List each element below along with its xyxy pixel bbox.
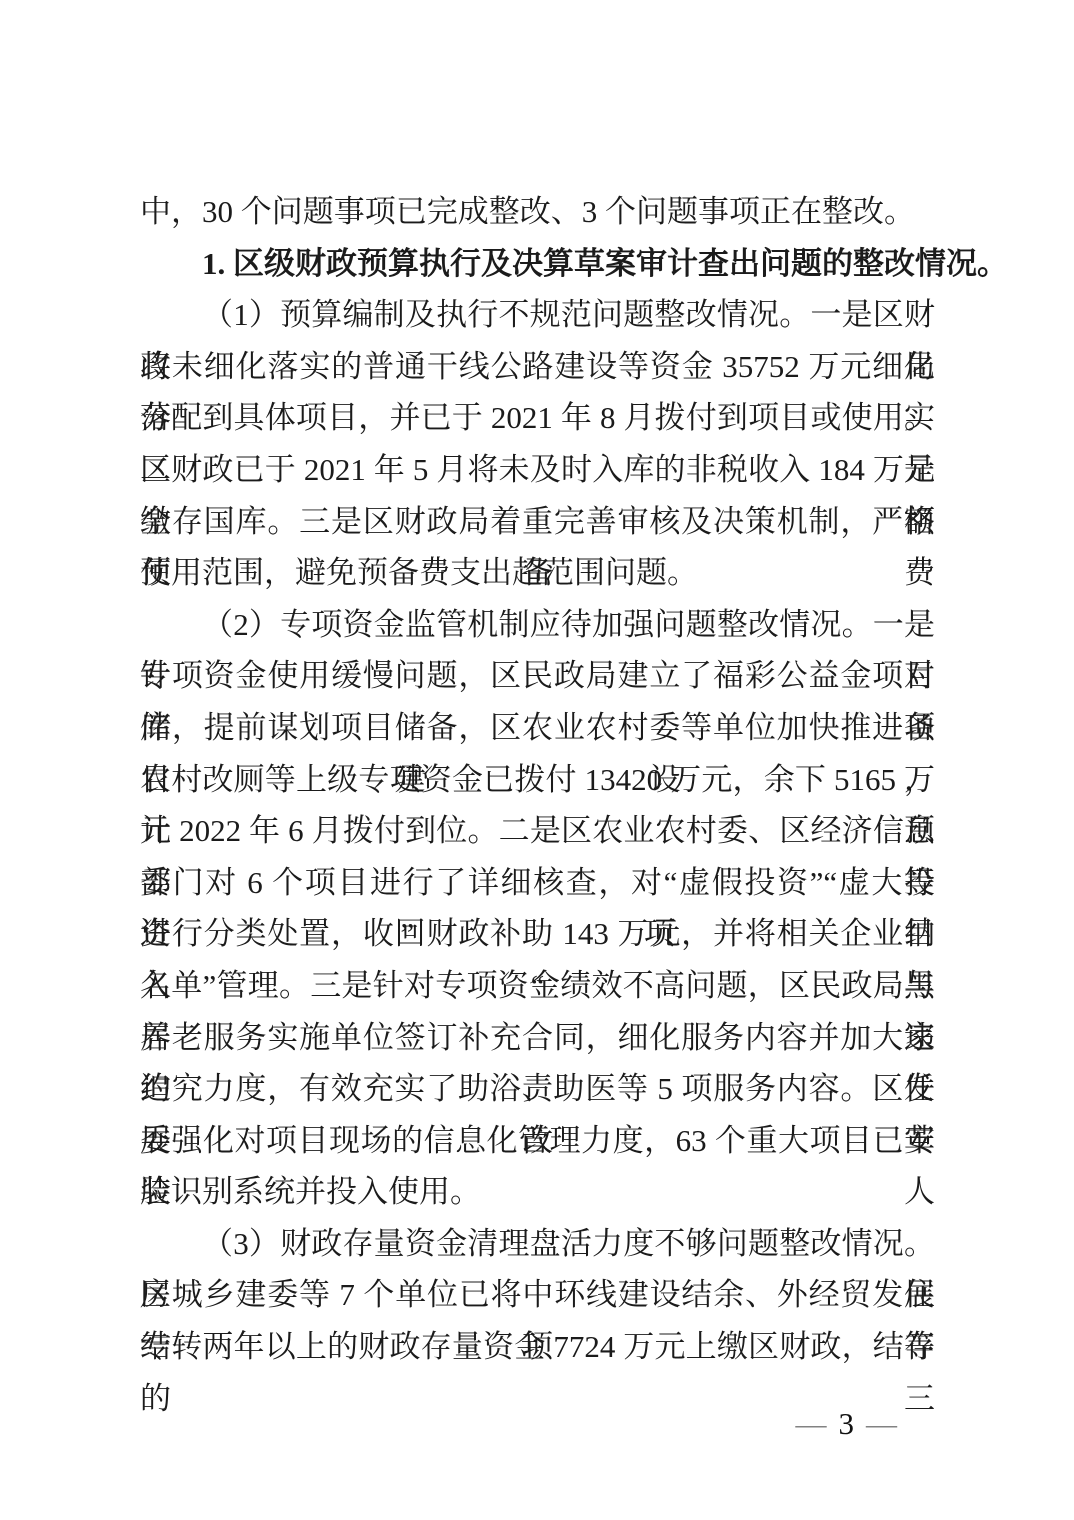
text-line: 房城乡建委等 7 个单位已将中环线建设结余、外经贸发展专项等 — [140, 1269, 935, 1321]
text-line: 区财政已于 2021 年 5 月将未及时入库的非税收入 184 万元全额 — [140, 444, 935, 496]
text-line: 养老服务实施单位签订补充合同，细化服务内容并加大违约责任 — [140, 1012, 935, 1064]
text-line: （1）预算编制及执行不规范问题整改情况。一是区财政局 — [140, 289, 935, 341]
text-line: 将未细化落实的普通干线公路建设等资金 35752 万元细化落实 — [140, 341, 935, 393]
text-line: 中，30 个问题事项已完成整改、3 个问题事项正在整改。 — [140, 186, 935, 238]
text-line: 计 2022 年 6 月拨付到位。二是区农业农村委、区经济信息委等 — [140, 805, 935, 857]
document-body: 中，30 个问题事项已完成整改、3 个问题事项正在整改。 1. 区级财政预算执行… — [140, 186, 935, 1373]
text-line: 分配到具体项目，并已于 2021 年 8 月拨付到项目或使用。二是 — [140, 392, 935, 444]
page-number: 3 — [839, 1404, 855, 1444]
text-line: 农村改厕等上级专项资金已拨付 13420 万元，余下 5165 万元预 — [140, 754, 935, 806]
text-line: （3）财政存量资金清理盘活力度不够问题整改情况。区住 — [140, 1218, 935, 1270]
text-line: 专项资金使用缓慢问题，区民政局建立了福彩公益金项目储备 — [140, 650, 935, 702]
section-heading: 1. 区级财政预算执行及决算草案审计查出问题的整改情况。 — [140, 238, 935, 290]
footer-dash-left: — — [796, 1404, 827, 1444]
text-line: （2）专项资金监管机制应待加强问题整改情况。一是针对 — [140, 599, 935, 651]
text-line: 委强化对项目现场的信息化管理力度，63 个重大项目已安装人 — [140, 1115, 935, 1167]
text-line: 库，提前谋划项目储备，区农业农村委等单位加快推进项目建设， — [140, 702, 935, 754]
text-line: 部门对 6 个项目进行了详细核查，对“虚假投资”“虚大投资”项目 — [140, 857, 935, 909]
text-line: 结转两年以上的财政存量资金 7724 万元上缴区财政，结存的三 — [140, 1321, 935, 1373]
text-line: 进行分类处置，收回财政补助 143 万元，并将相关企业纳入“黑 — [140, 908, 935, 960]
document-page: 中，30 个问题事项已完成整改、3 个问题事项正在整改。 1. 区级财政预算执行… — [0, 0, 1074, 1520]
text-line: 名单”管理。三是针对专项资金绩效不高问题，区民政局与居家 — [140, 960, 935, 1012]
footer-dash-right: — — [866, 1404, 897, 1444]
text-line: 追究力度，有效充实了助浴、助医等 5 项服务内容。区发展改革 — [140, 1063, 935, 1115]
text-line: 缴存国库。三是区财政局着重完善审核及决策机制，严格预备费 — [140, 496, 935, 548]
page-footer: — 3 — — [0, 1404, 897, 1444]
